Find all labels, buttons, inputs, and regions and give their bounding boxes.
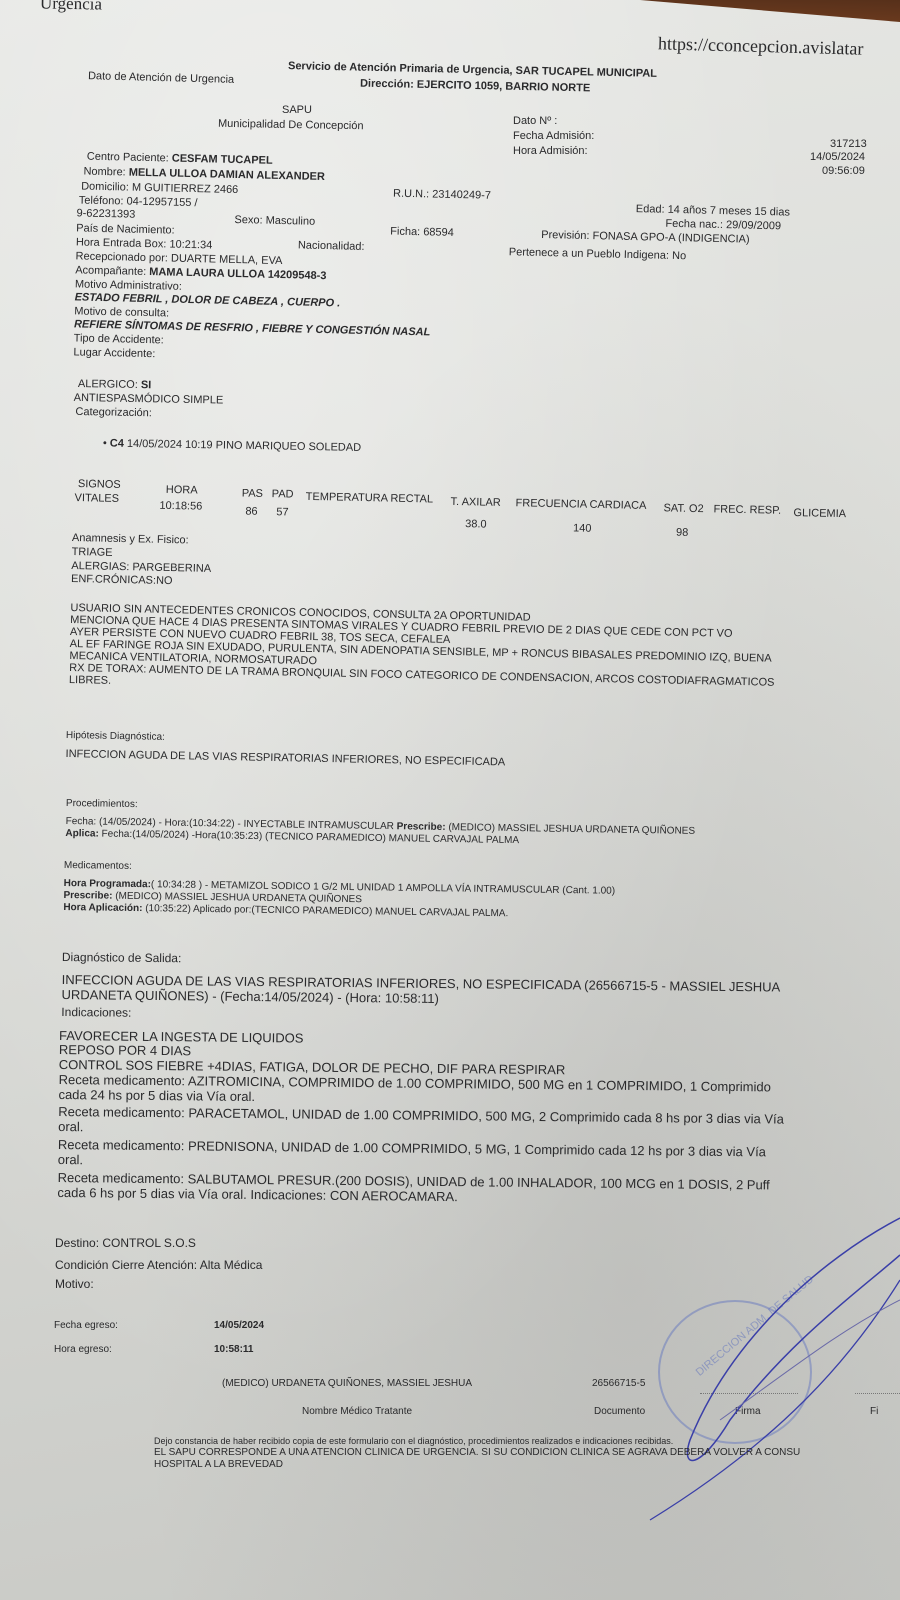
footer-acknowledgement: Dejo constancia de haber recibido copia … <box>154 1436 673 1446</box>
footer-warning-2: HOSPITAL A LA BREVEDAD <box>154 1459 283 1470</box>
signature-icon <box>0 0 900 1600</box>
footer-warning: EL SAPU CORRESPONDE A UNA ATENCION CLINI… <box>154 1447 800 1458</box>
